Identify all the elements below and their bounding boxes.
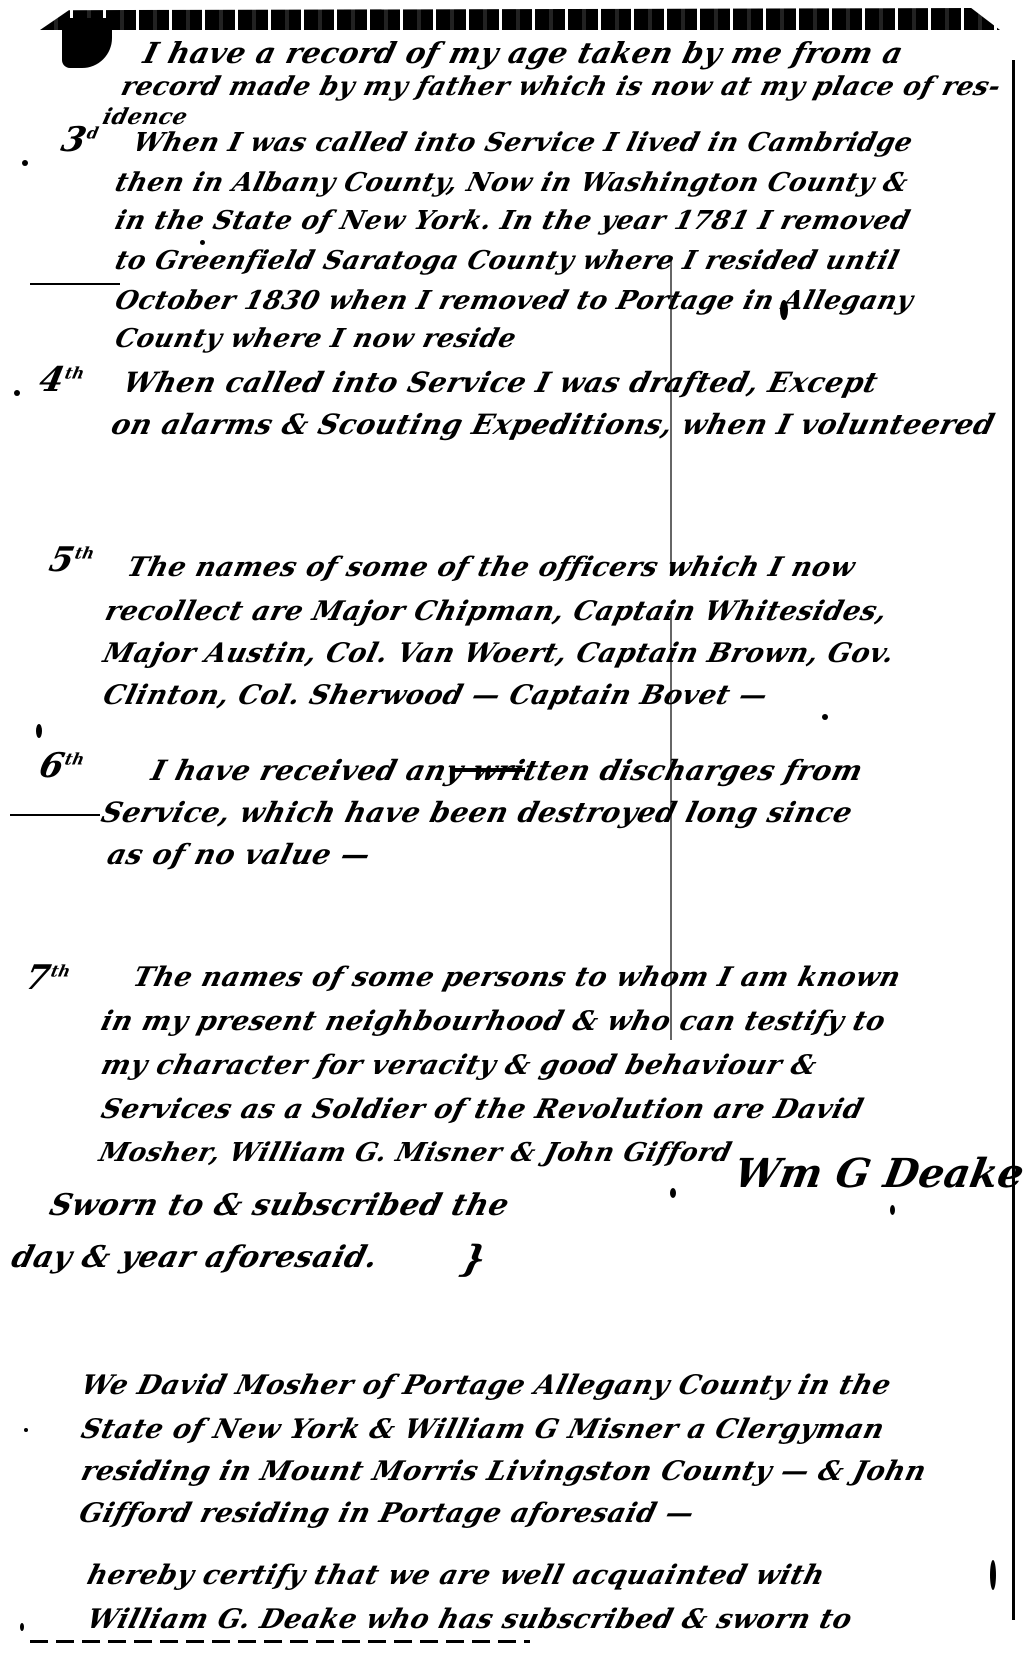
certification-line-5: hereby certify that we are well acquaint…	[84, 1560, 828, 1591]
section-number-6: 6th	[36, 746, 87, 786]
signature: Wm G Deake	[731, 1150, 1028, 1197]
section-number-5: 5th	[46, 540, 97, 580]
certification-line-1: We David Mosher of Portage Allegany Coun…	[78, 1370, 894, 1401]
section-3-line-1: When I was called into Service I lived i…	[130, 128, 916, 158]
certification-line-2: State of New York & William G Misner a C…	[78, 1414, 888, 1445]
section-7-line-1: The names of some persons to whom I am k…	[130, 962, 904, 993]
section-7-line-2: in my present neighbourhood & who can te…	[98, 1006, 889, 1037]
jurat-brace: }	[458, 1238, 490, 1280]
section-5-line-4: Clinton, Col. Sherwood — Captain Bovet —	[100, 680, 771, 711]
section-3-line-6: County where I now reside	[112, 324, 519, 354]
certification-line-6: William G. Deake who has subscribed & sw…	[84, 1604, 855, 1635]
certification-line-3: residing in Mount Morris Livingston Coun…	[78, 1456, 930, 1487]
section-3-line-3: in the State of New York. In the year 17…	[112, 206, 913, 236]
section-number-3: 3d	[58, 120, 101, 160]
jurat-line-2: day & year aforesaid.	[8, 1240, 382, 1275]
scan-speck	[670, 1188, 676, 1198]
scan-speck	[14, 390, 20, 396]
scan-speck	[24, 1428, 28, 1432]
intro-line-3: idence	[100, 104, 191, 130]
section-number-4: 4th	[36, 360, 87, 400]
section-5-line-2: recollect are Major Chipman, Captain Whi…	[102, 596, 891, 627]
section-6-line-2: Service, which have been destroyed long …	[98, 796, 856, 829]
page-right-border	[1012, 60, 1015, 1620]
section-4-line-2: on alarms & Scouting Expeditions, when I…	[108, 408, 998, 441]
scan-speck	[990, 1560, 996, 1590]
section-number-7: 7th	[22, 958, 73, 998]
section-5-line-1: The names of some of the officers which …	[124, 552, 859, 583]
intro-line-2: record made by my father which is now at…	[118, 72, 1004, 102]
section-7-line-5: Mosher, William G. Misner & John Gifford	[96, 1138, 735, 1168]
intro-line-1: I have a record of my age taken by me fr…	[140, 36, 907, 70]
section-3-line-4: to Greenfield Saratoga County where I re…	[112, 246, 902, 276]
scan-speck	[822, 714, 828, 720]
margin-rule	[10, 814, 100, 816]
scan-speck	[200, 240, 205, 245]
document-page: I have a record of my age taken by me fr…	[0, 0, 1029, 1657]
scan-speck	[890, 1205, 895, 1215]
margin-rule	[30, 283, 120, 285]
jurat-line-1: Sworn to & subscribed the	[46, 1188, 513, 1223]
scan-speck	[22, 160, 28, 166]
scan-speck	[36, 724, 42, 738]
section-4-line-1: When called into Service I was drafted, …	[120, 366, 882, 399]
section-7-line-3: my character for veracity & good behavio…	[98, 1050, 820, 1081]
torn-top-edge	[40, 8, 1000, 30]
ink-blot	[62, 18, 112, 68]
scan-speck	[780, 300, 788, 320]
page-bottom-edge	[30, 1640, 530, 1643]
section-3-line-5: October 1830 when I removed to Portage i…	[112, 286, 916, 316]
section-7-line-4: Services as a Soldier of the Revolution …	[98, 1094, 867, 1125]
section-6-line-3: as of no value —	[104, 838, 374, 871]
struck-word-mark	[455, 768, 525, 772]
section-5-line-3: Major Austin, Col. Van Woert, Captain Br…	[100, 638, 898, 669]
section-3-line-2: then in Albany County, Now in Washington…	[112, 168, 911, 198]
certification-line-4: Gifford residing in Portage aforesaid —	[76, 1498, 697, 1529]
scan-speck	[20, 1623, 24, 1631]
